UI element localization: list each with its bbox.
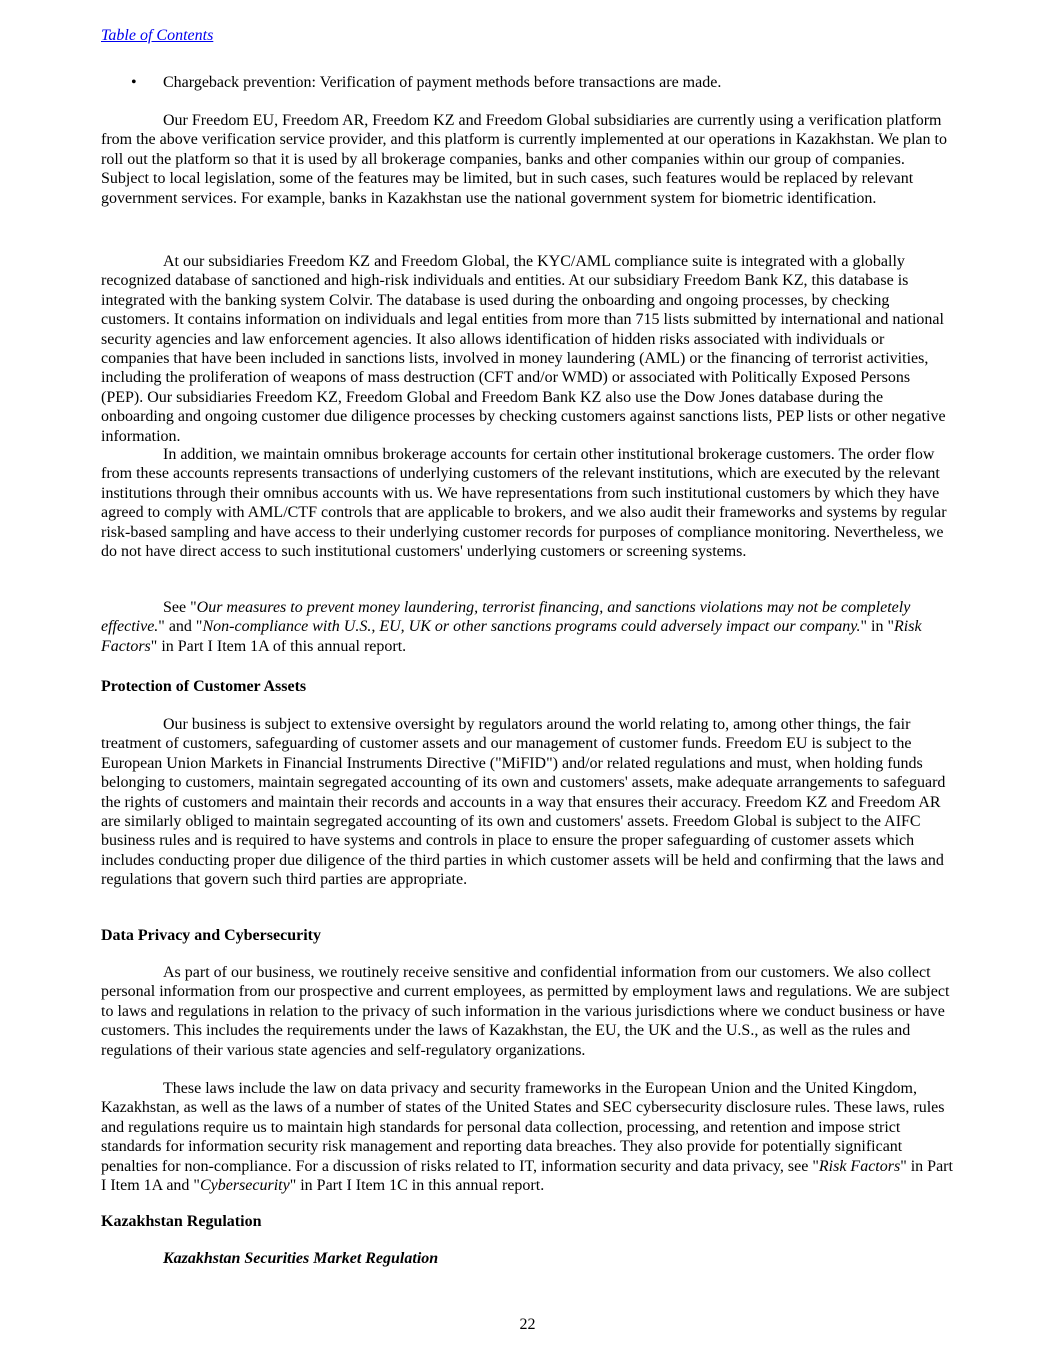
text: " in Part I Item 1A of this annual repor… [151, 638, 406, 655]
paragraph-customer-assets: Our business is subject to extensive ove… [101, 715, 953, 890]
table-of-contents-link[interactable]: Table of Contents [101, 27, 213, 45]
paragraph-data-privacy-2: These laws include the law on data priva… [101, 1079, 953, 1195]
section-heading-data-privacy: Data Privacy and Cybersecurity [101, 926, 953, 945]
text: " in Part I Item 1C in this annual repor… [290, 1177, 544, 1194]
text: " in " [860, 618, 894, 635]
paragraph-see-risk-factors: See "Our measures to prevent money laund… [101, 598, 953, 656]
bullet-icon: • [131, 74, 137, 92]
risk-factors-reference: Risk Factors [819, 1158, 900, 1175]
paragraph-verification-platform: Our Freedom EU, Freedom AR, Freedom KZ a… [101, 111, 953, 208]
text: See " [163, 599, 197, 616]
subsection-heading-securities-market-regulation: Kazakhstan Securities Market Regulation [101, 1249, 1015, 1268]
section-heading-kazakhstan-regulation: Kazakhstan Regulation [101, 1212, 953, 1231]
text: " and " [158, 618, 202, 635]
paragraph-omnibus-accounts: In addition, we maintain omnibus brokera… [101, 445, 953, 561]
bullet-text: Chargeback prevention: Verification of p… [163, 74, 721, 92]
cybersecurity-reference: Cybersecurity [200, 1177, 290, 1194]
paragraph-data-privacy-1: As part of our business, we routinely re… [101, 963, 953, 1060]
section-heading-protection-of-customer-assets: Protection of Customer Assets [101, 677, 953, 696]
risk-factor-title-sanctions: Non-compliance with U.S., EU, UK or othe… [202, 618, 860, 635]
page-number: 22 [0, 1316, 1055, 1334]
paragraph-kyc-aml: At our subsidiaries Freedom KZ and Freed… [101, 252, 953, 446]
